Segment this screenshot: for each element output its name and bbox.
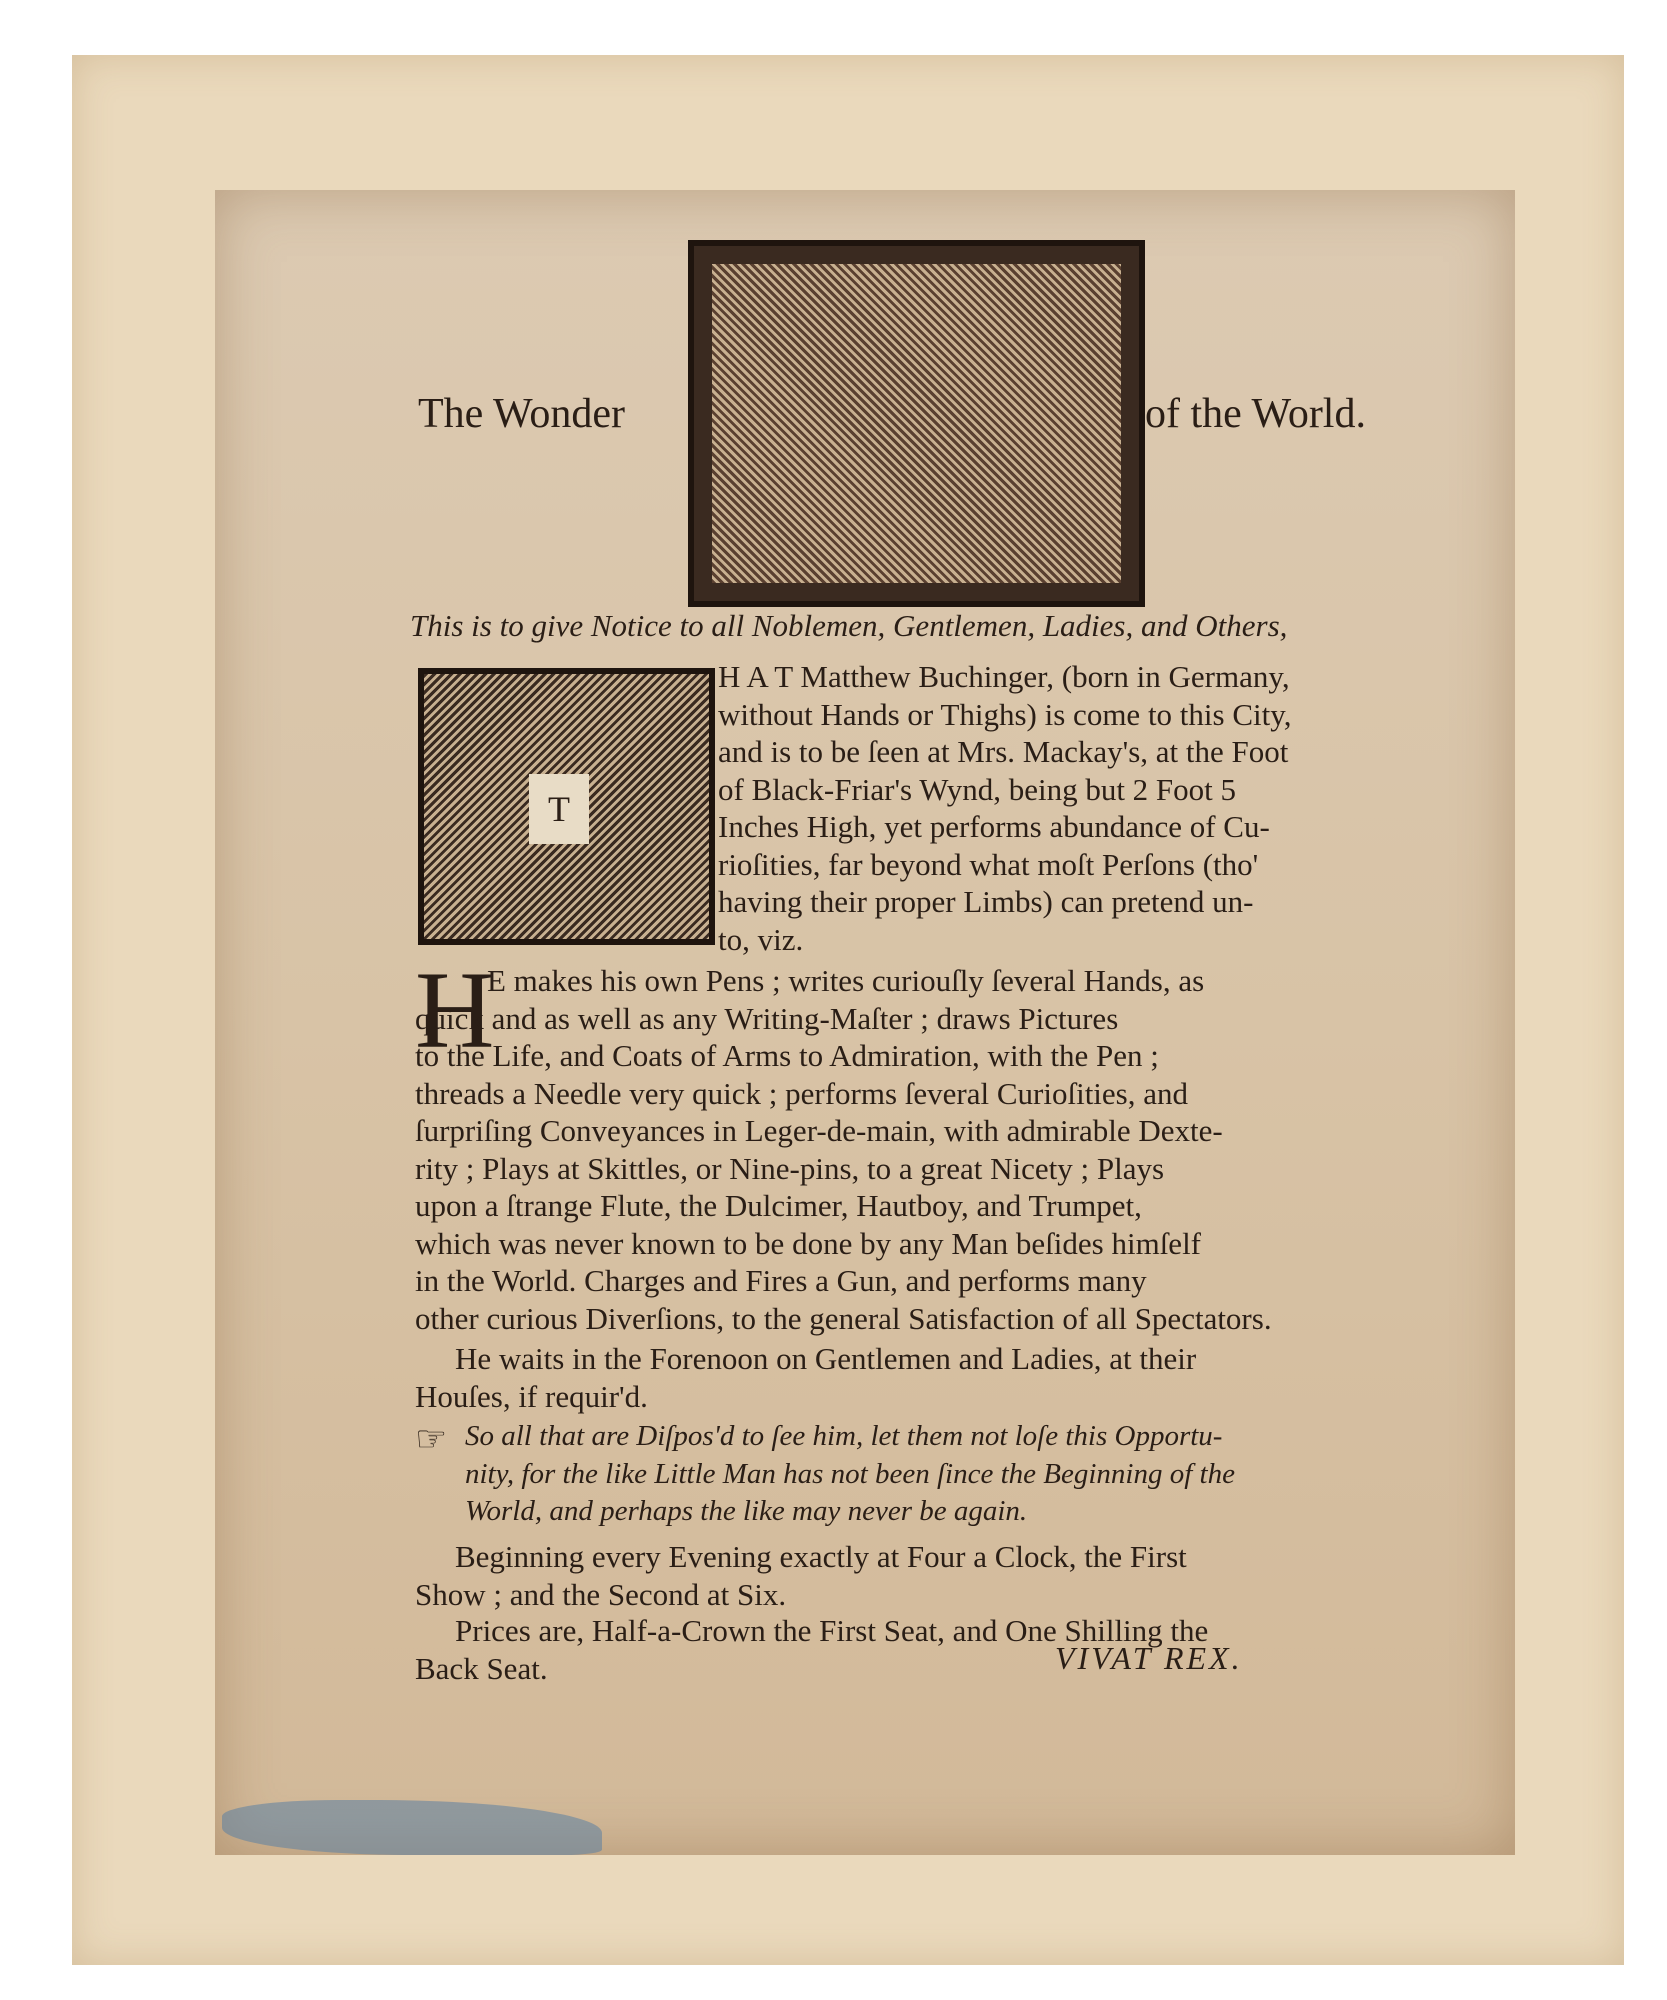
notice-heading: This is to give Notice to all Noblemen, … [410, 608, 1287, 644]
title-left: The Wonder [418, 390, 625, 438]
prices-paragraph: Prices are, Half-a-Crown the First Seat,… [415, 1612, 1400, 1687]
opportunity-paragraph: So all that are Diſpos'd to ſee him, let… [465, 1418, 1400, 1531]
initial-letter: T [529, 774, 589, 844]
decorated-initial: T [418, 668, 715, 945]
waits-paragraph: He waits in the Forenoon on Gentlemen an… [415, 1340, 1400, 1415]
title-right: of the World. [1145, 390, 1366, 438]
closing-text: VIVAT REX. [1055, 1640, 1243, 1677]
schedule-paragraph: Beginning every Evening exactly at Four … [415, 1538, 1400, 1613]
pointing-hand-icon: ☞ [415, 1418, 447, 1460]
intro-paragraph: H A T Matthew Buchinger, (born in German… [718, 658, 1398, 958]
body-paragraph: E makes his own Pens ; writes curiouſly … [415, 962, 1400, 1337]
woodcut-portrait-image [688, 240, 1145, 607]
